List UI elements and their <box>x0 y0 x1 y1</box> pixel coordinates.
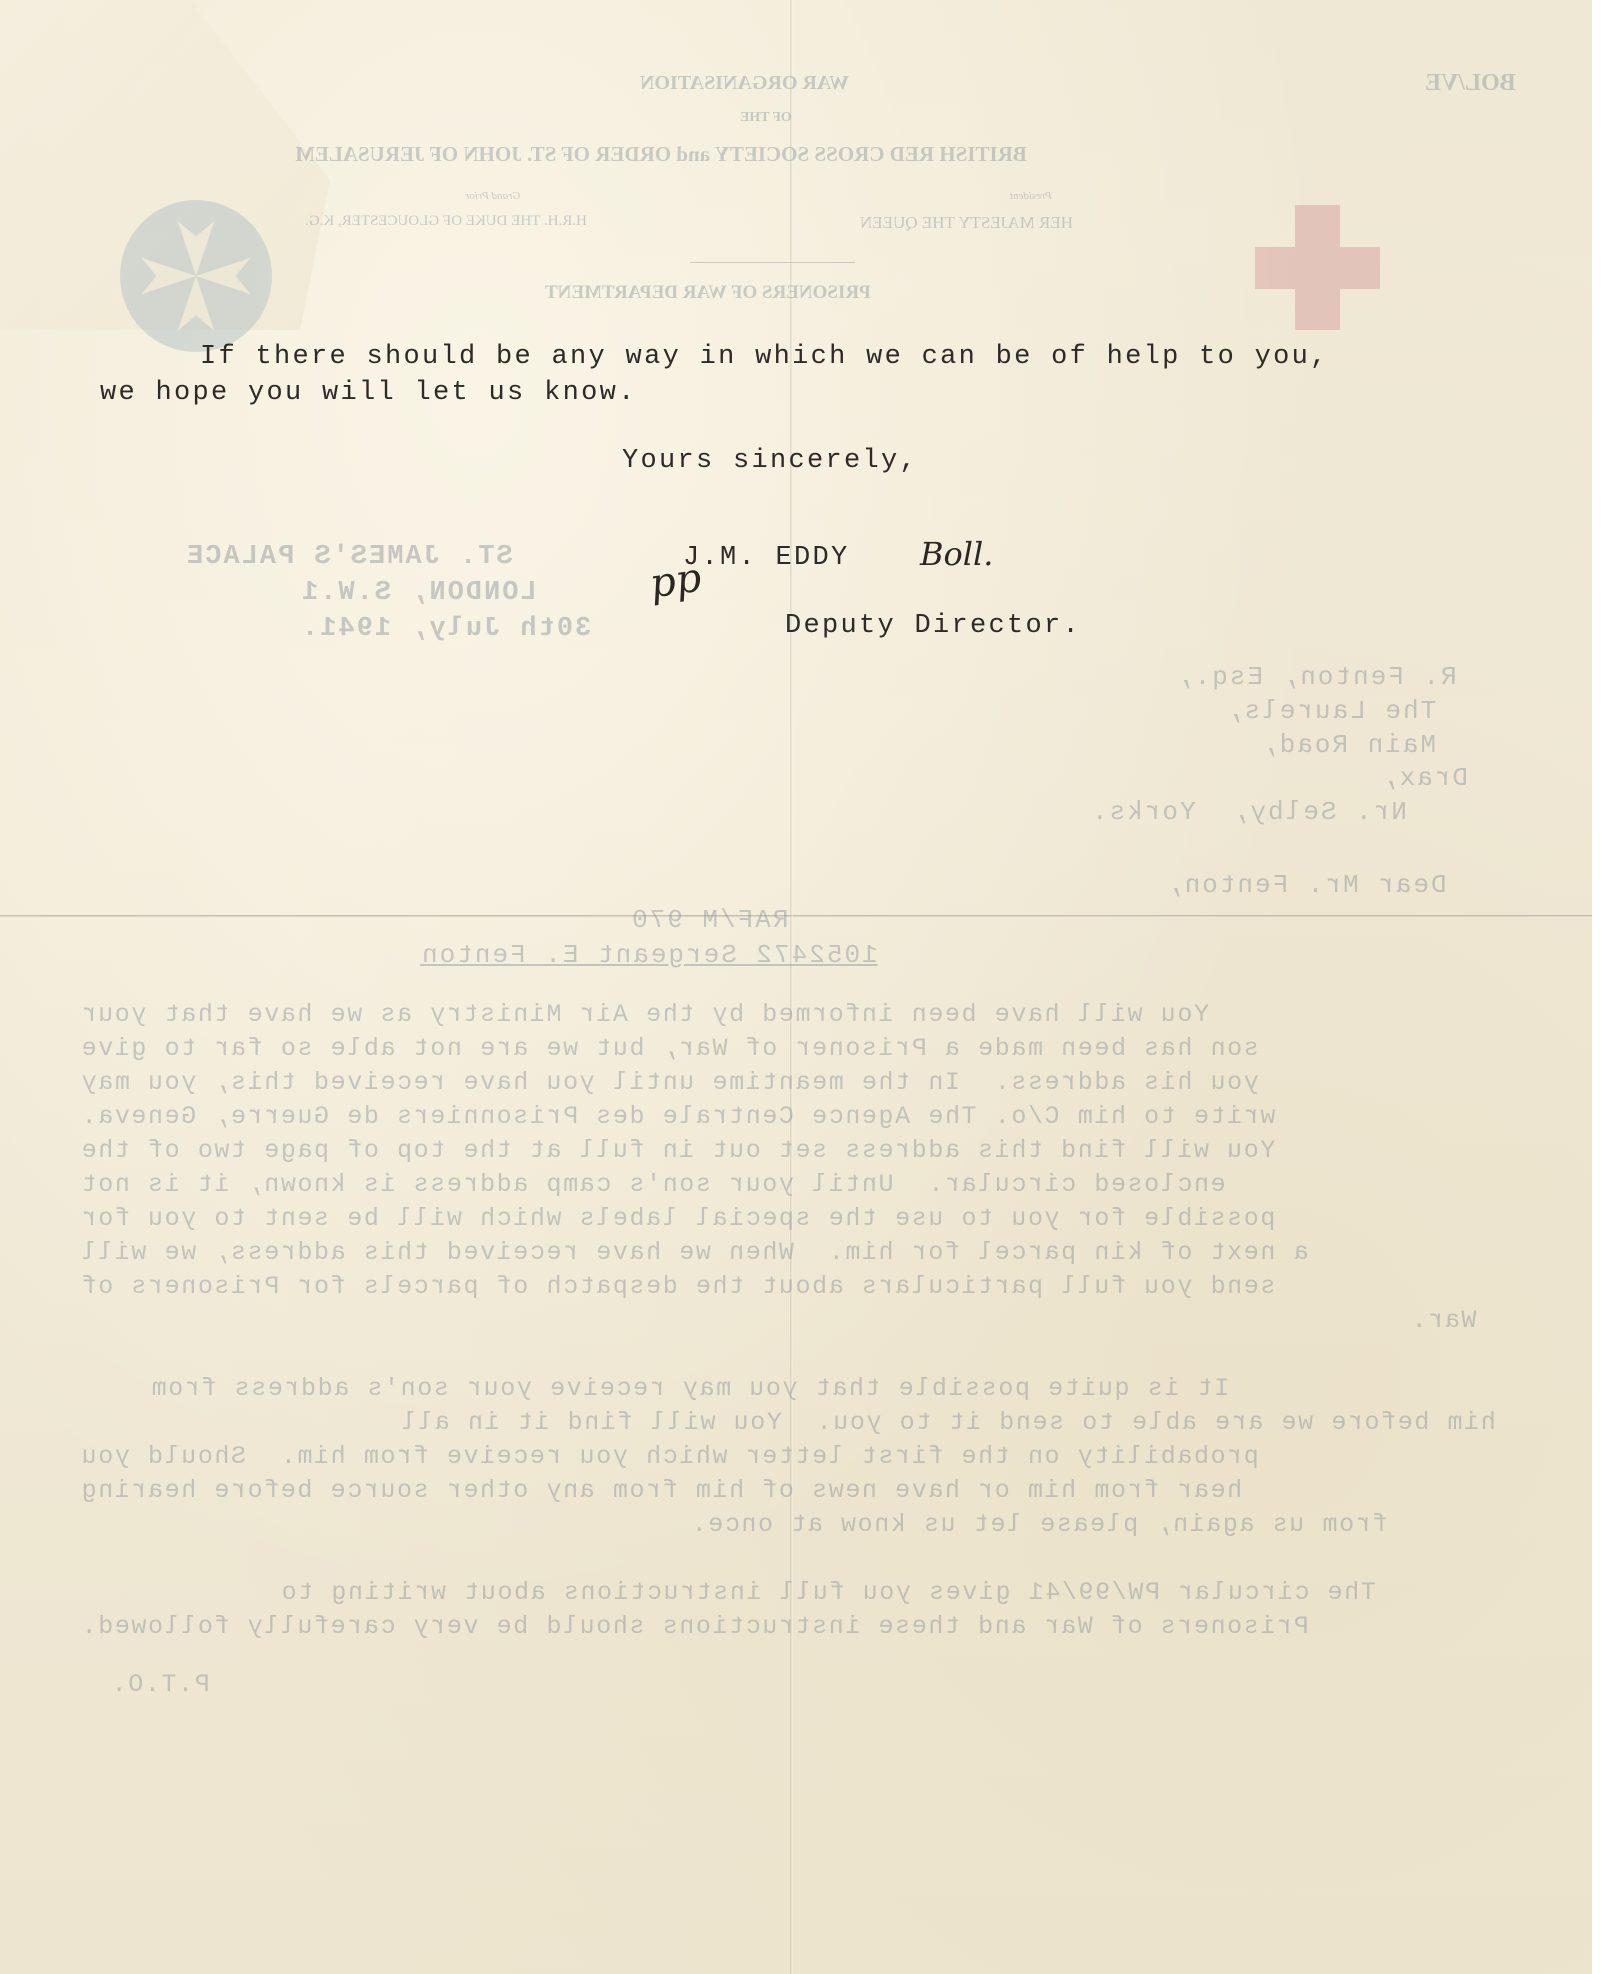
handwritten-signature: Boll. <box>920 535 993 573</box>
ghost-grand-prior: H.R.H. THE DUKE OF GLOUCESTER, K.G. <box>305 213 587 230</box>
ghost-recipient-line4: Drax, <box>1380 763 1468 793</box>
ghost-letterhead-line2: OF THE <box>740 110 792 126</box>
ghost-body-line: send you full particulars about the desp… <box>80 1272 1275 1301</box>
ghost-sender-line1: ST. JAMES'S PALACE <box>185 542 513 572</box>
ghost-body-line: You will find this address set out in fu… <box>80 1136 1275 1165</box>
ghost-department: PRISONERS OF WAR DEPARTMENT <box>545 282 871 304</box>
signatory-title: Deputy Director. <box>785 611 1081 641</box>
signatory-name: J.M. EDDY <box>683 543 850 573</box>
ghost-grand-prior-label: Grand Prior <box>465 190 520 202</box>
ghost-body-line: Prisoners of War and these instructions … <box>80 1612 1309 1641</box>
st-john-emblem-icon <box>120 200 272 352</box>
ghost-body-line: write to him C/o. The Agence Centrale de… <box>80 1102 1275 1131</box>
valediction: Yours sincerely, <box>622 446 918 476</box>
closing-paragraph-line2: we hope you will let us know. <box>100 378 637 408</box>
ghost-body-line: probability on the first letter which yo… <box>80 1442 1259 1471</box>
ghost-recipient-line2: The Laurels, <box>1225 696 1436 726</box>
ghost-salutation: Dear Mr. Fenton, <box>1165 870 1447 900</box>
ghost-president-label: President <box>1010 190 1052 202</box>
ghost-body-line: The circular PW/99/41 gives you full ins… <box>280 1578 1376 1607</box>
ghost-body-line: possible for you to use the special labe… <box>80 1204 1275 1233</box>
ghost-president: HER MAJESTY THE QUEEN <box>860 213 1073 233</box>
ghost-sender-line3: 30th July, 1941. <box>300 614 591 644</box>
ghost-body-line: son has been made a Prisoner of War, but… <box>80 1034 1259 1063</box>
ghost-body-line: It is quite possible that you may receiv… <box>150 1374 1229 1403</box>
ghost-letterhead-line1: WAR ORGANISATION <box>640 72 849 95</box>
ghost-reference: BOL/VE <box>1425 70 1516 97</box>
ghost-recipient-line1: R. Fenton, Esq., <box>1175 662 1457 692</box>
ghost-divider <box>690 262 855 263</box>
horizontal-fold-crease <box>0 915 1592 918</box>
ghost-sender-line2: LONDON, S.W.1 <box>300 578 537 608</box>
ghost-body-line: from us again, please let us know at onc… <box>690 1510 1387 1539</box>
closing-paragraph-line1: If there should be any way in which we c… <box>200 342 1329 372</box>
ghost-recipient-line5: Nr. Selby, Yorks. <box>1090 797 1407 827</box>
ghost-subject-ref: RAF/M 970 <box>630 905 788 935</box>
ghost-recipient-line3: Main Road, <box>1260 730 1436 760</box>
ghost-body-line: hear from him or have news of him from a… <box>80 1476 1242 1505</box>
ghost-body-line: You will have been informed by the Air M… <box>80 1000 1209 1029</box>
ghost-subject: 1052472 Sergeant E. Fenton <box>420 940 878 970</box>
scan-border <box>1592 0 1602 1974</box>
ghost-body-line: War. <box>1410 1306 1476 1335</box>
red-cross-icon <box>1255 205 1380 330</box>
ghost-body-line: him before we are able to send it to you… <box>400 1408 1496 1437</box>
ghost-body-line: enclosed circular. Until your son's camp… <box>80 1170 1226 1199</box>
ghost-initials: P.T.O. <box>110 1670 210 1699</box>
ghost-body-line: a next of kin parcel for him. When we ha… <box>80 1238 1309 1267</box>
ghost-body-line: you his address. In the meantime until y… <box>80 1068 1259 1097</box>
ghost-letterhead-line3: BRITISH RED CROSS SOCIETY and ORDER OF S… <box>295 142 1027 167</box>
